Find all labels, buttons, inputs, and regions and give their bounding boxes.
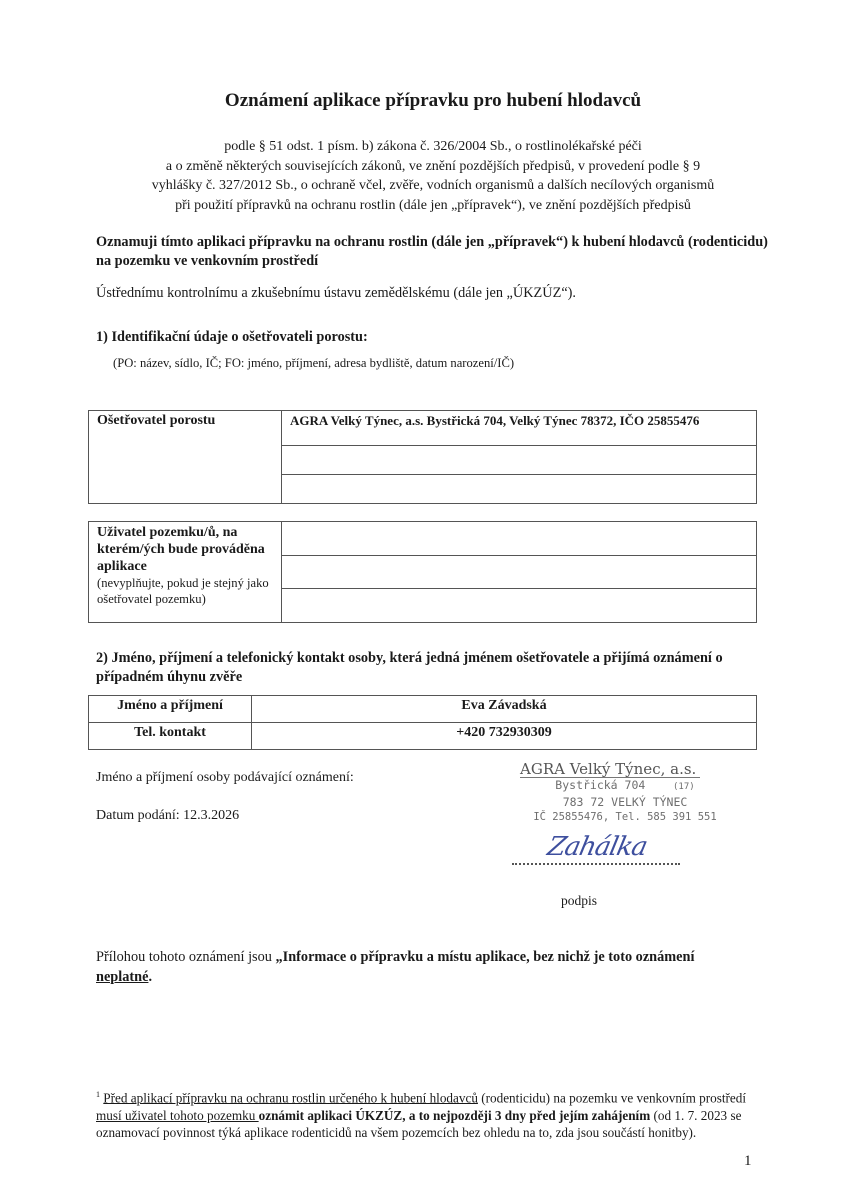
stamp-city: 783 72 VELKÝ TÝNEC: [510, 795, 740, 810]
contact-phone-value[interactable]: +420 732930309: [252, 723, 757, 750]
signature-line: [512, 862, 680, 865]
contact-name-label: Jméno a příjmení: [89, 696, 252, 723]
footnote-bold: oznámit aplikaci ÚKZÚZ, a to nejpozději …: [259, 1108, 651, 1123]
signature: Zahálka: [545, 832, 650, 862]
signature-caption: podpis: [561, 893, 597, 909]
caretaker-label: Ošetřovatel porostu: [89, 411, 282, 504]
stamp-street-code: (17): [673, 782, 695, 792]
caretaker-table: Ošetřovatel porostu AGRA Velký Týnec, a.…: [88, 410, 757, 504]
attachment-underlined: neplatné: [96, 969, 148, 985]
footnote-underline-1: Před aplikací přípravku na ochranu rostl…: [103, 1090, 478, 1105]
date-label: Datum podání:: [96, 808, 180, 823]
land-user-label-note: (nevyplňujte, pokud je stejný jako ošetř…: [97, 575, 273, 607]
footnote-marker: 1: [96, 1090, 100, 1099]
land-user-field-1[interactable]: [282, 522, 757, 556]
land-user-label-main: Uživatel pozemku/ů, na kterém/ých bude p…: [97, 524, 273, 575]
footnote-underline-2: musí uživatel tohoto pozemku: [96, 1108, 259, 1123]
legal-line: a o změně některých souvisejících zákonů…: [60, 157, 806, 177]
submission-date: Datum podání: 12.3.2026: [96, 808, 239, 824]
section-1-heading: 1) Identifikační údaje o ošetřovateli po…: [96, 329, 368, 346]
caretaker-field-1[interactable]: AGRA Velký Týnec, a.s. Bystřická 704, Ve…: [282, 411, 757, 446]
company-stamp: AGRA Velký Týnec, a.s. Bystřická 704 (17…: [510, 762, 740, 825]
attachment-lead: Přílohou tohoto oznámení jsou: [96, 949, 276, 965]
attachment-note: Přílohou tohoto oznámení jsou „Informace…: [96, 947, 746, 987]
stamp-company: AGRA Velký Týnec, a.s.: [520, 762, 700, 778]
contact-phone-label: Tel. kontakt: [89, 723, 252, 750]
footnote: 1 Před aplikací přípravku na ochranu ros…: [96, 1086, 758, 1142]
stamp-street: Bystřická 704: [555, 778, 645, 792]
recipient: Ústřednímu kontrolnímu a zkušebnímu ústa…: [96, 285, 576, 302]
footnote-text-1: (rodenticidu) na pozemku ve venkovním pr…: [478, 1090, 746, 1105]
contact-name-value[interactable]: Eva Závadská: [252, 696, 757, 723]
land-user-field-2[interactable]: [282, 556, 757, 589]
stamp-ids: IČ 25855476, Tel. 585 391 551: [510, 810, 740, 825]
intro-statement: Oznamuji tímto aplikaci přípravku na och…: [96, 233, 776, 271]
attachment-end: .: [148, 969, 152, 985]
legal-line: při použití přípravků na ochranu rostlin…: [60, 196, 806, 216]
attachment-bold: „Informace o přípravku a místu aplikace,…: [276, 949, 695, 965]
legal-line: podle § 51 odst. 1 písm. b) zákona č. 32…: [60, 137, 806, 157]
stamp-street-line: Bystřická 704 (17): [510, 778, 740, 795]
submitter-label: Jméno a příjmení osoby podávající oznáme…: [96, 770, 354, 786]
legal-line: vyhlášky č. 327/2012 Sb., o ochraně včel…: [60, 176, 806, 196]
section-2-heading: 2) Jméno, příjmení a telefonický kontakt…: [96, 649, 776, 687]
land-user-label: Uživatel pozemku/ů, na kterém/ých bude p…: [89, 522, 282, 623]
page-number: 1: [744, 1153, 752, 1170]
caretaker-field-2[interactable]: [282, 446, 757, 475]
legal-basis: podle § 51 odst. 1 písm. b) zákona č. 32…: [60, 137, 806, 215]
caretaker-field-3[interactable]: [282, 475, 757, 504]
section-1-note: (PO: název, sídlo, IČ; FO: jméno, příjme…: [113, 356, 514, 371]
land-user-field-3[interactable]: [282, 589, 757, 623]
land-user-table: Uživatel pozemku/ů, na kterém/ých bude p…: [88, 521, 757, 623]
document-title: Oznámení aplikace přípravku pro hubení h…: [0, 90, 866, 112]
contact-table: Jméno a příjmení Eva Závadská Tel. konta…: [88, 695, 757, 750]
date-value: 12.3.2026: [183, 808, 239, 823]
